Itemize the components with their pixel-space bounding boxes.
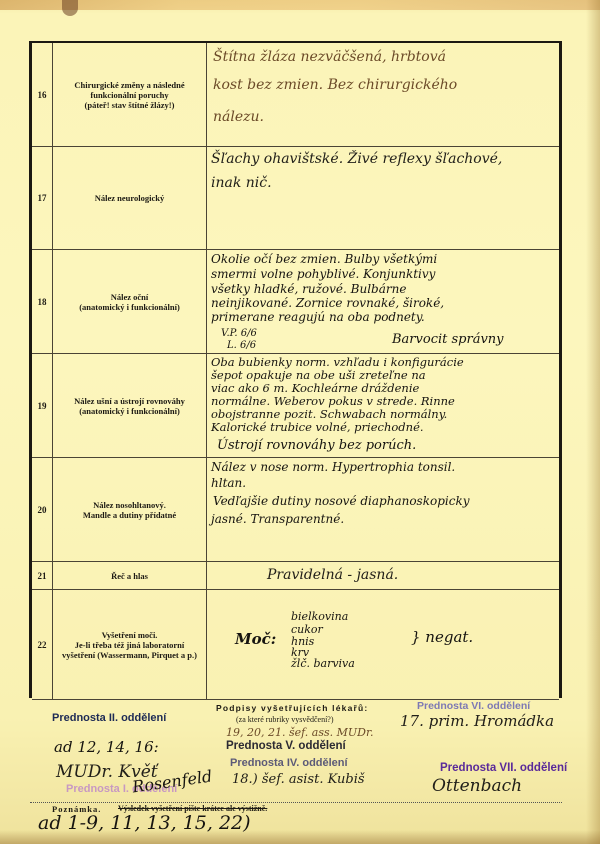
handwritten-line: jasné. Transparentné. [211, 512, 344, 526]
handwritten-line: šepot opakuje na obe uši zreteľne na [211, 368, 426, 382]
row-label: Chirurgické změny a následné funkcionáln… [53, 43, 207, 146]
row-value: Šľachy ohavištské. Živé reflexy šľachové… [207, 147, 559, 249]
row-number: 20 [32, 458, 53, 561]
handwritten-line: neinjikované. Zornice rovnaké, široké, [211, 296, 444, 310]
row-number: 21 [32, 562, 53, 589]
signatures-subheader: (za které rubriky vysvědčení?) [236, 715, 334, 724]
row-number: 18 [32, 250, 53, 353]
handwritten-line: všetky hladké, ružové. Bulbárne [211, 282, 406, 296]
row-number: 19 [32, 354, 53, 457]
handwritten-line: Nález v nose norm. Hypertrophia tonsil. [211, 460, 455, 474]
row-number: 22 [32, 590, 53, 699]
signature-rows-v: 19, 20, 21. šef. ass. MUDr. [226, 726, 374, 739]
handwritten-line: Štítna žláza nezväčšená, hrbtová [213, 49, 446, 65]
row-label: Vyšetření moči. Je-li třeba též jiná lab… [53, 590, 207, 699]
row-value: Pravidelná - jasná. [207, 562, 559, 589]
row-22: 22 Vyšetření moči. Je-li třeba též jiná … [32, 590, 559, 700]
row-number: 17 [32, 147, 53, 249]
handwritten-line: Okolie očí bez zmien. Bulby všetkými [211, 252, 437, 266]
handwritten-line: Šľachy ohavištské. Živé reflexy šľachové… [211, 151, 502, 167]
handwritten-line: Oba bubienky norm. vzhľadu i konfiguráci… [211, 355, 464, 369]
paper-right-edge [586, 0, 600, 844]
balance-note: Ústrojí rovnováhy bez porúch. [217, 438, 416, 453]
row-18: 18 Nález oční (anatomický i funkcionální… [32, 250, 559, 354]
row-label: Nález ušní a ústrojí rovnováhy (anatomic… [53, 354, 207, 457]
note-divider [30, 802, 562, 803]
signature-vii: Ottenbach [432, 776, 522, 796]
handwritten-line: Vedľajšie dutiny nosové diaphanoskopicky [213, 494, 470, 508]
visus-right: V.P. 6/6 [221, 328, 257, 339]
signature-vi: 17. prim. Hromádka [400, 712, 554, 730]
color-vision-note: Barvocit správny [392, 332, 504, 347]
row-label: Nález oční (anatomický i funkcionální) [53, 250, 207, 353]
row-20: 20 Nález nosohltanový. Mandle a dutiny p… [32, 458, 559, 562]
handwritten-line: obojstranne pozit. Schwabach normálny. [211, 407, 447, 421]
urine-label: Moč: [235, 630, 276, 648]
row-label: Nález neurologický [53, 147, 207, 249]
row-value: Nález v nose norm. Hypertrophia tonsil. … [207, 458, 559, 561]
row-value: Moč: bielkovina cukor hnis krv žlč. barv… [207, 590, 559, 699]
stamp-department-iv: Prednosta IV. oddělení [230, 757, 348, 769]
signatures-header: Podpisy vyšetřujících lékařů: [216, 703, 368, 713]
handwritten-line: primerane reagujú na oba podnety. [211, 310, 425, 324]
handwritten-line: Pravidelná - jasná. [267, 567, 398, 583]
row-21: 21 Řeč a hlas Pravidelná - jasná. [32, 562, 559, 590]
examination-table: 16 Chirurgické změny a následné funkcion… [29, 41, 562, 698]
urine-item: bielkovina [291, 610, 348, 623]
row-label: Nález nosohltanový. Mandle a dutiny příd… [53, 458, 207, 561]
row-value: Štítna žláza nezväčšená, hrbtová kost be… [207, 43, 559, 146]
stamp-department-vi: Prednosta VI. oddělení [417, 700, 530, 712]
note-handwritten: ad 1-9, 11, 13, 15, 22) [38, 812, 251, 834]
row-number: 16 [32, 43, 53, 146]
handwritten-line: inak nič. [211, 175, 272, 191]
urine-result: } negat. [411, 628, 473, 646]
visus-left: L. 6/6 [227, 340, 256, 351]
ink-stain [62, 0, 78, 16]
row-value: Okolie očí bez zmien. Bulby všetkými sme… [207, 250, 559, 353]
stamp-department-ii: Prednosta II. oddělení [52, 712, 166, 724]
paper-top-stain [0, 0, 600, 10]
row-label: Řeč a hlas [53, 562, 207, 589]
stamp-department-v: Prednosta V. oddělení [226, 740, 346, 752]
signature-iv: 18.) šef. asist. Kubiš [232, 772, 365, 787]
row-16: 16 Chirurgické změny a následné funkcion… [32, 43, 559, 147]
urine-item: žlč. barviva [291, 657, 355, 670]
handwritten-line: hltan. [211, 476, 246, 490]
handwritten-line: normálne. Weberov pokus v strede. Rinne [211, 394, 455, 408]
stamp-department-vii: Prednosta VII. oddělení [440, 762, 567, 774]
row-19: 19 Nález ušní a ústrojí rovnováhy (anato… [32, 354, 559, 458]
handwritten-line: smermi volne pohyblivé. Konjunktivy [211, 267, 435, 281]
signature-rows-ii: ad 12, 14, 16: [54, 738, 159, 756]
row-value: Oba bubienky norm. vzhľadu i konfiguráci… [207, 354, 559, 457]
handwritten-line: nálezu. [213, 109, 264, 125]
handwritten-line: kost bez zmien. Bez chirurgického [213, 77, 457, 93]
row-17: 17 Nález neurologický Šľachy ohavištské.… [32, 147, 559, 250]
handwritten-line: viac ako 6 m. Kochleárne dráždenie [211, 381, 419, 395]
handwritten-line: Kalorické trubice volné, priechodné. [211, 420, 424, 434]
